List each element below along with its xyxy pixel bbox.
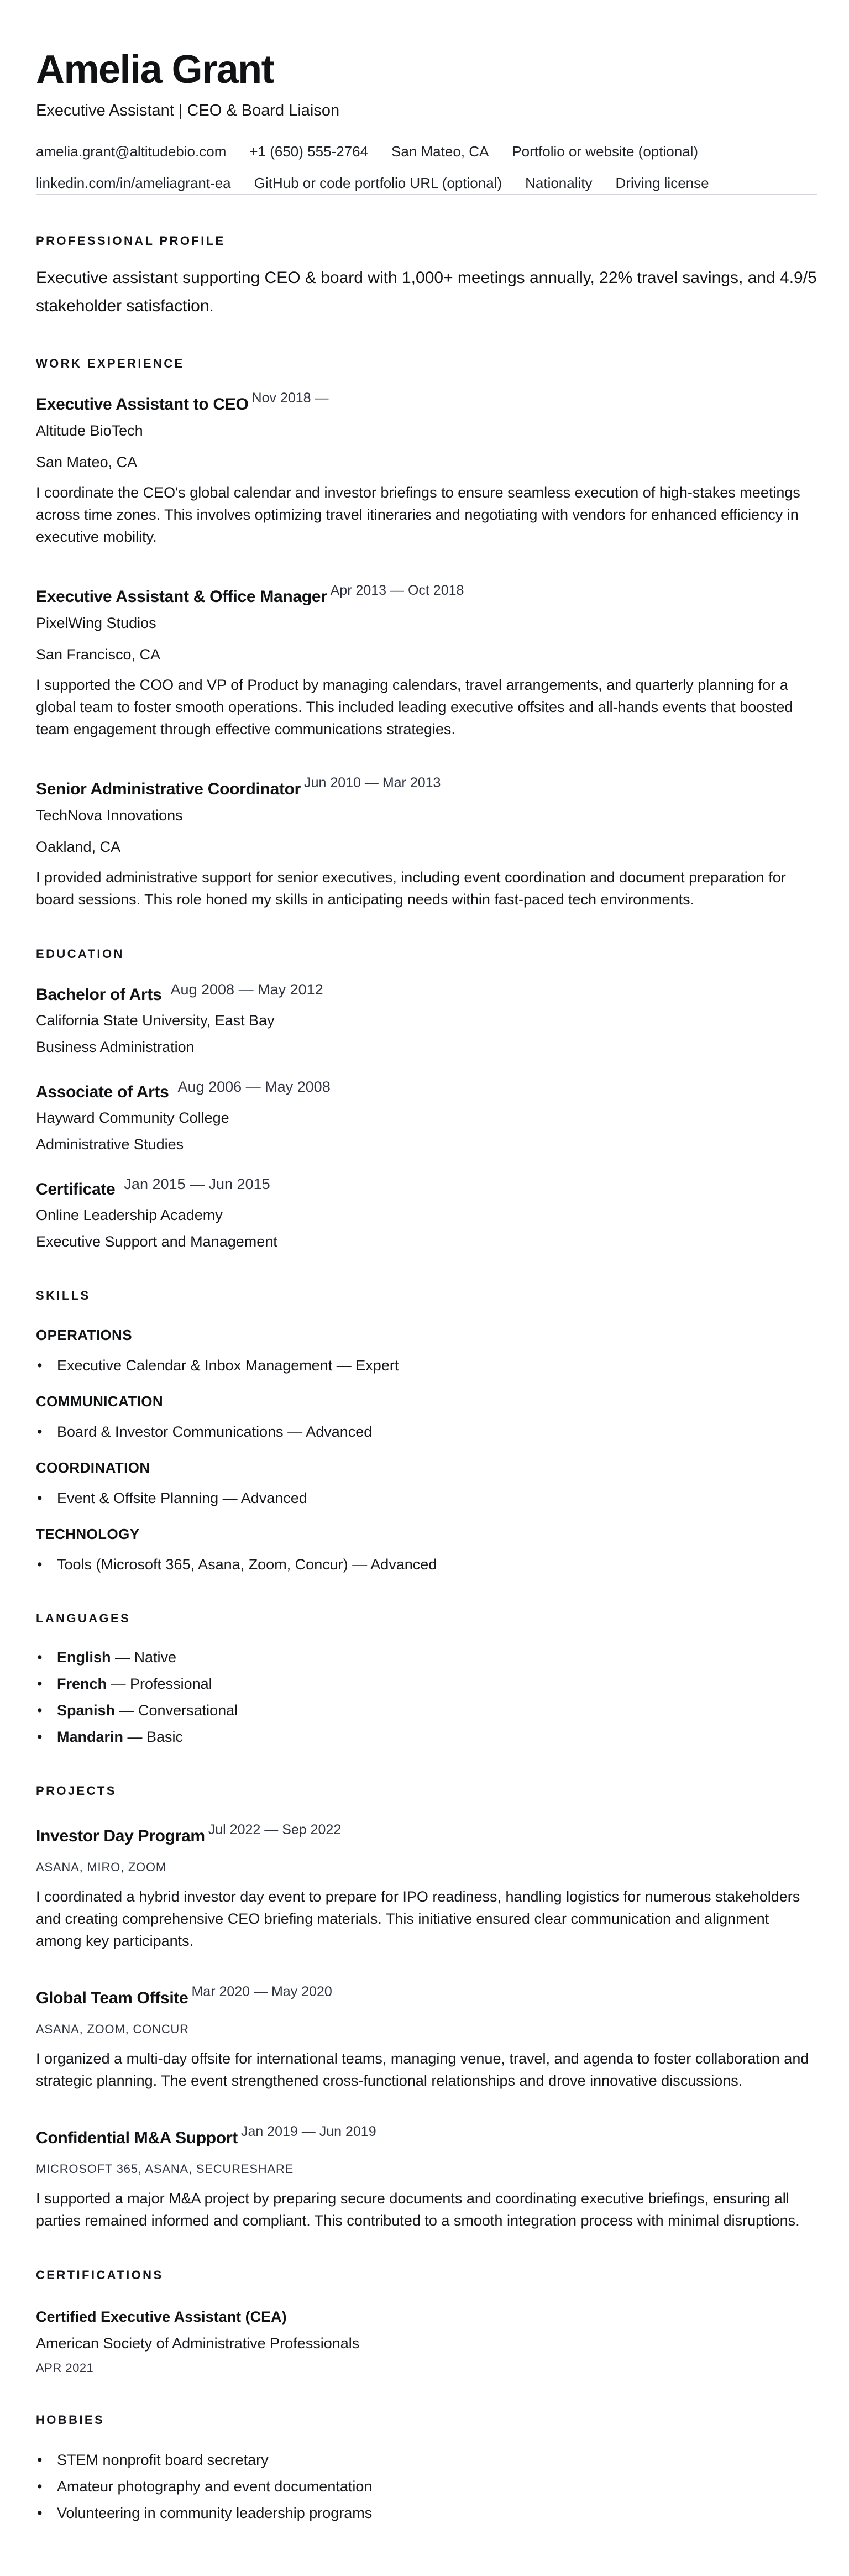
contact-info: amelia.grant@altitudebio.com +1 (650) 55… [36,142,817,192]
skill-group: OPERATIONSExecutive Calendar & Inbox Man… [36,1326,817,1376]
section-heading: Professional Profile [36,234,817,248]
institution: Online Leadership Academy [36,1205,270,1226]
education-header: CertificateJan 2015 — Jun 2015 [36,1179,270,1200]
project-entry: Investor Day ProgramJul 2022 — Sep 2022A… [36,1826,817,1952]
certification-issuer: American Society of Administrative Profe… [36,2333,817,2353]
job-dates: Apr 2013 — Oct 2018 [331,582,464,599]
header-divider [36,194,817,195]
language-item: Mandarin — Basic [36,1726,817,1747]
education-dates: Aug 2008 — May 2012 [170,981,323,998]
contact-email[interactable]: amelia.grant@altitudebio.com [36,142,226,161]
section-heading: Certifications [36,2268,817,2282]
project-tech-stack: ASANA, MIRO, ZOOM [36,1859,817,1876]
skill-category: OPERATIONS [36,1326,817,1344]
job-title: Executive Assistant to CEO [36,394,249,415]
project-title: Confidential M&A Support [36,2128,238,2149]
project-description: I supported a major M&A project by prepa… [36,2187,817,2232]
section-experience: Work Experience Executive Assistant to C… [36,357,817,910]
skill-list: Event & Offsite Planning — Advanced [36,1488,817,1509]
education-block: CertificateJan 2015 — Jun 2015Online Lea… [36,1179,270,1226]
job-title: Senior Administrative Coordinator [36,779,301,800]
language-name: English [57,1649,111,1666]
language-level: — Native [111,1649,177,1666]
degree-title: Certificate [36,1179,115,1200]
language-name: French [57,1676,107,1692]
skill-group: TECHNOLOGYTools (Microsoft 365, Asana, Z… [36,1525,817,1575]
job-location: San Mateo, CA [36,452,817,473]
contact-driving-license: Driving license [616,174,709,192]
education-block: Associate of ArtsAug 2006 — May 2008Hayw… [36,1082,331,1128]
job-entry: Executive Assistant to CEONov 2018 —Alti… [36,394,817,548]
hobby-item: STEM nonprofit board secretary [36,2449,817,2470]
job-header: Executive Assistant to CEONov 2018 — [36,394,817,415]
contact-linkedin[interactable]: linkedin.com/in/ameliagrant-ea [36,174,231,192]
section-heading: Projects [36,1784,817,1798]
job-description: I supported the COO and VP of Product by… [36,674,817,740]
skill-item: Board & Investor Communications — Advanc… [36,1421,817,1442]
section-skills: Skills OPERATIONSExecutive Calendar & In… [36,1289,817,1575]
skill-category: COORDINATION [36,1459,817,1477]
hobby-item: Amateur photography and event documentat… [36,2476,817,2497]
field-of-study: Administrative Studies [36,1134,817,1155]
job-entry: Executive Assistant & Office ManagerApr … [36,587,817,740]
job-company: TechNova Innovations [36,805,817,826]
degree-title: Associate of Arts [36,1082,169,1103]
contact-location: San Mateo, CA [391,142,489,161]
project-entry: Global Team OffsiteMar 2020 — May 2020AS… [36,1988,817,2092]
institution: California State University, East Bay [36,1010,323,1031]
language-level: — Basic [123,1729,183,1745]
project-title: Investor Day Program [36,1826,205,1847]
job-entry: Senior Administrative CoordinatorJun 201… [36,779,817,910]
resume-header: Amelia Grant Executive Assistant | CEO &… [36,53,817,195]
language-item: English — Native [36,1647,817,1668]
section-heading: Languages [36,1611,817,1626]
skill-category: COMMUNICATION [36,1392,817,1410]
job-list: Executive Assistant to CEONov 2018 —Alti… [36,394,817,910]
degree-title: Bachelor of Arts [36,985,161,1006]
education-entry: CertificateJan 2015 — Jun 2015Online Lea… [36,1179,817,1252]
skill-group: COORDINATIONEvent & Offsite Planning — A… [36,1459,817,1509]
education-list: Bachelor of ArtsAug 2008 — May 2012Calif… [36,985,817,1252]
education-entry: Bachelor of ArtsAug 2008 — May 2012Calif… [36,985,817,1057]
job-header: Executive Assistant & Office ManagerApr … [36,587,817,608]
project-dates: Jul 2022 — Sep 2022 [208,1821,341,1838]
skill-category: TECHNOLOGY [36,1525,817,1543]
section-certifications: Certifications Certified Executive Assis… [36,2268,817,2376]
skill-list: Executive Calendar & Inbox Management — … [36,1355,817,1376]
job-description: I coordinate the CEO's global calendar a… [36,481,817,548]
section-languages: Languages English — NativeFrench — Profe… [36,1611,817,1747]
section-hobbies: Hobbies STEM nonprofit board secretaryAm… [36,2413,817,2523]
language-list: English — NativeFrench — ProfessionalSpa… [36,1647,817,1747]
section-education: Education Bachelor of ArtsAug 2008 — May… [36,947,817,1252]
contact-github[interactable]: GitHub or code portfolio URL (optional) [254,174,502,192]
skill-list: Board & Investor Communications — Advanc… [36,1421,817,1442]
job-company: PixelWing Studios [36,612,817,633]
section-heading: Work Experience [36,357,817,371]
field-of-study: Business Administration [36,1036,817,1057]
skill-item: Executive Calendar & Inbox Management — … [36,1355,817,1376]
project-header: Investor Day ProgramJul 2022 — Sep 2022 [36,1826,817,1847]
hobby-list: STEM nonprofit board secretaryAmateur ph… [36,2449,817,2523]
education-block: Bachelor of ArtsAug 2008 — May 2012Calif… [36,985,323,1031]
project-title: Global Team Offsite [36,1988,188,2009]
project-list: Investor Day ProgramJul 2022 — Sep 2022A… [36,1826,817,2232]
project-header: Confidential M&A SupportJan 2019 — Jun 2… [36,2128,817,2149]
education-header: Bachelor of ArtsAug 2008 — May 2012 [36,985,323,1006]
hobby-item: Volunteering in community leadership pro… [36,2502,817,2523]
project-entry: Confidential M&A SupportJan 2019 — Jun 2… [36,2128,817,2232]
project-dates: Mar 2020 — May 2020 [191,1983,332,2000]
job-location: Oakland, CA [36,836,817,857]
project-tech-stack: ASANA, ZOOM, CONCUR [36,2021,817,2038]
education-dates: Jan 2015 — Jun 2015 [124,1176,270,1192]
skill-list: Tools (Microsoft 365, Asana, Zoom, Concu… [36,1554,817,1575]
contact-row-2: linkedin.com/in/ameliagrant-ea GitHub or… [36,174,817,192]
language-level: — Conversational [115,1702,238,1719]
project-description: I organized a multi-day offsite for inte… [36,2048,817,2092]
education-dates: Aug 2006 — May 2008 [178,1078,331,1095]
candidate-name: Amelia Grant [36,53,817,86]
section-heading: Skills [36,1289,817,1303]
certification-entry: Certified Executive Assistant (CEA)Ameri… [36,2307,817,2376]
section-heading: Hobbies [36,2413,817,2427]
education-entry: Associate of ArtsAug 2006 — May 2008Hayw… [36,1082,817,1155]
job-company: Altitude BioTech [36,420,817,441]
project-description: I coordinated a hybrid investor day even… [36,1886,817,1952]
language-name: Mandarin [57,1729,123,1745]
certification-list: Certified Executive Assistant (CEA)Ameri… [36,2307,817,2376]
language-item: Spanish — Conversational [36,1700,817,1721]
skill-item: Event & Offsite Planning — Advanced [36,1488,817,1509]
education-header: Associate of ArtsAug 2006 — May 2008 [36,1082,331,1103]
skill-groups: OPERATIONSExecutive Calendar & Inbox Man… [36,1326,817,1575]
job-dates: Jun 2010 — Mar 2013 [304,774,441,791]
project-tech-stack: MICROSOFT 365, ASANA, SECURESHARE [36,2161,817,2177]
job-dates: Nov 2018 — [252,390,329,406]
certification-date: APR 2021 [36,2360,817,2376]
project-header: Global Team OffsiteMar 2020 — May 2020 [36,1988,817,2009]
contact-nationality: Nationality [525,174,592,192]
job-description: I provided administrative support for se… [36,866,817,910]
certification-title: Certified Executive Assistant (CEA) [36,2307,817,2327]
contact-row-1: amelia.grant@altitudebio.com +1 (650) 55… [36,142,817,161]
skill-group: COMMUNICATIONBoard & Investor Communicat… [36,1392,817,1442]
candidate-headline: Executive Assistant | CEO & Board Liaiso… [36,101,817,121]
contact-portfolio[interactable]: Portfolio or website (optional) [512,142,698,161]
section-projects: Projects Investor Day ProgramJul 2022 — … [36,1784,817,2232]
resume-page: Amelia Grant Executive Assistant | CEO &… [0,0,849,2546]
language-item: French — Professional [36,1673,817,1694]
contact-phone[interactable]: +1 (650) 555-2764 [249,142,368,161]
section-heading: Education [36,947,817,961]
language-level: — Professional [107,1676,212,1692]
job-header: Senior Administrative CoordinatorJun 201… [36,779,817,800]
profile-summary: Executive assistant supporting CEO & boa… [36,264,817,320]
job-location: San Francisco, CA [36,644,817,665]
language-name: Spanish [57,1702,115,1719]
project-dates: Jan 2019 — Jun 2019 [241,2123,376,2140]
section-profile: Professional Profile Executive assistant… [36,234,817,320]
skill-item: Tools (Microsoft 365, Asana, Zoom, Concu… [36,1554,817,1575]
field-of-study: Executive Support and Management [36,1231,817,1252]
job-title: Executive Assistant & Office Manager [36,587,327,608]
institution: Hayward Community College [36,1107,331,1128]
